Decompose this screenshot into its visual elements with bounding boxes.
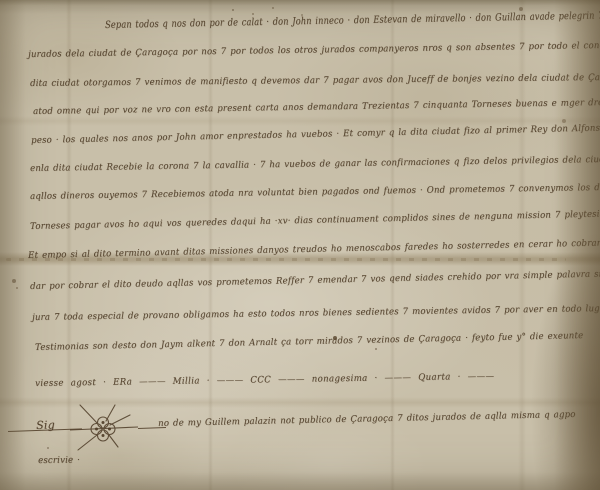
manuscript-line: dita ciudat otorgamos 7 venimos de manif… (30, 73, 600, 89)
manuscript-line: Sepan todos q nos don por de calat · don… (105, 10, 600, 31)
manuscript-line: Torneses pagar avos ho aqui vos queredes… (30, 209, 600, 232)
left-edge-shadow (0, 0, 26, 490)
manuscript-line: enla dita ciudat Recebie la corona 7 la … (30, 155, 600, 174)
bottom-edge-shadow (0, 472, 600, 490)
era-dating-line: viesse agost · ERa ——— Millia · ——— CCC … (35, 372, 494, 389)
notarial-signum-star-icon (70, 402, 138, 458)
manuscript-line: atod omne qui por voz ne vro con esta pr… (33, 98, 600, 117)
manuscript-line: peso · los quales nos anos por John amor… (31, 123, 600, 146)
notarial-subscription-line: no de my Guillem palazin not publico de … (158, 410, 576, 429)
parchment-photo: Sepan todos q nos don por de calat · don… (0, 0, 600, 490)
closing-word: escrivie · (38, 456, 80, 466)
manuscript-line: jura 7 toda especial de provano obligamo… (32, 304, 600, 323)
manuscript-line: dar por cobrar el dito deudo aqllas vos … (30, 269, 600, 292)
stain-specks (0, 0, 2, 2)
fold-crease-upper (0, 116, 600, 126)
manuscript-line: jurados dela ciudat de Çaragoça por nos … (28, 40, 600, 60)
vertical-crease-2 (208, 0, 213, 490)
signum-sig-word: Sig (36, 420, 55, 431)
manuscript-line: Testimonias son desto don Jaym alkent 7 … (35, 331, 583, 353)
manuscript-line: aqllos dineros ouyemos 7 Recebiemos atod… (30, 182, 600, 202)
manuscript-line: Et empo si al dito termino avant ditas m… (28, 238, 600, 260)
